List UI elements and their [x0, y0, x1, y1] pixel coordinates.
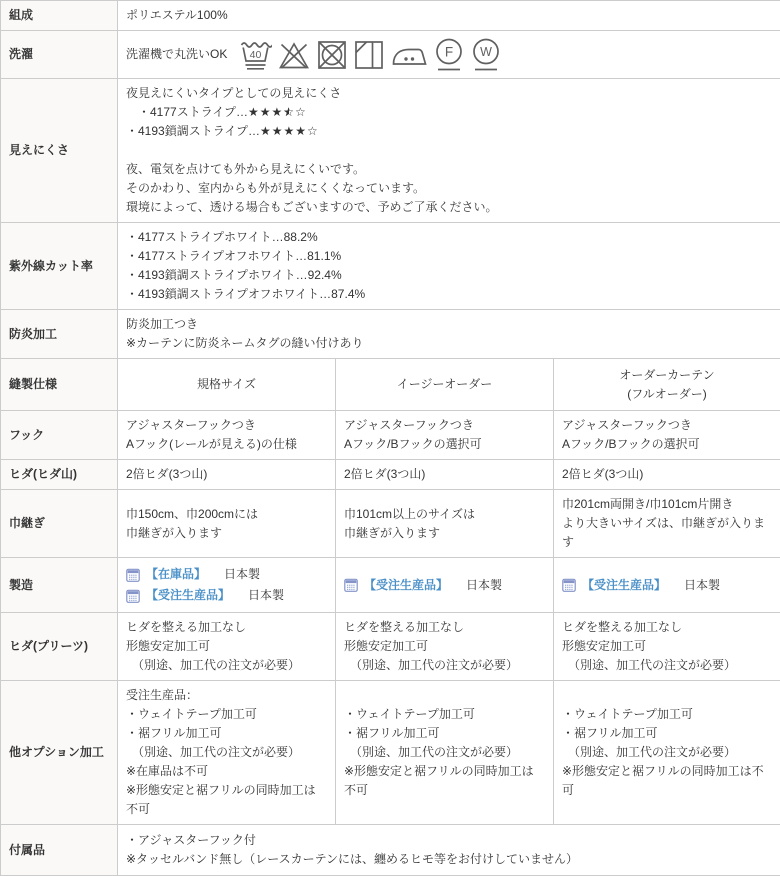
- row-label: 防炎加工: [1, 310, 118, 359]
- row-label: 洗濯: [1, 31, 118, 79]
- row-label: 見えにくさ: [1, 79, 118, 223]
- text-line: アジャスターフックつき: [562, 416, 772, 435]
- row-label: 製造: [1, 558, 118, 613]
- production-line: 【受注生産品】日本製: [344, 576, 545, 595]
- row-label: ヒダ(プリーツ): [1, 613, 118, 681]
- dry-clean-F-gentle-icon: F: [433, 37, 465, 73]
- spec-cell: アジャスターフックつきAフック/Bフックの選択可: [336, 411, 554, 460]
- text-line: Aフック/Bフックの選択可: [344, 435, 545, 454]
- visibility-intro: 夜見えにくいタイプとしての見えにくさ: [126, 84, 772, 103]
- column-header-cell: 規格サイズ: [118, 359, 336, 411]
- spec-cell: ・アジャスターフック付※タッセルバンド無し（レースカーテンには、纏めるヒモ等をお…: [118, 825, 780, 876]
- rating-line: ・4193鎖調ストライプ…★★★★☆: [126, 122, 772, 141]
- spec-cell: ・4177ストライプホワイト…88.2%・4177ストライプオフホワイト…81.…: [118, 223, 780, 310]
- rating-name: ・4177ストライプ…: [126, 105, 248, 119]
- text-line: 受注生産品：: [126, 686, 327, 705]
- table-row: 巾継ぎ巾150cm、巾200cmには巾継ぎが入ります巾101cm以上のサイズは巾…: [1, 490, 780, 558]
- text-line: 形態安定加工可: [344, 637, 545, 656]
- text-line: Aフック(レールが見える)の仕様: [126, 435, 327, 454]
- spec-cell: アジャスターフックつきAフック(レールが見える)の仕様: [118, 411, 336, 460]
- text-line: （別途、加工代の注文が必要）: [126, 656, 327, 675]
- text-line: 防炎加工つき: [126, 315, 772, 334]
- spec-cell: 夜見えにくいタイプとしての見えにくさ ・4177ストライプ…★★★☆★☆・419…: [118, 79, 780, 223]
- wash-instructions: 洗濯機で丸洗いOK40FW: [126, 37, 772, 73]
- spec-cell: 2倍ヒダ(3つ山): [336, 460, 554, 490]
- table-row: 縫製仕様規格サイズイージーオーダーオーダーカーテン(フルオーダー): [1, 359, 780, 411]
- spec-cell: 【受注生産品】日本製: [336, 558, 554, 613]
- svg-text:F: F: [445, 44, 453, 59]
- text-line: ※形態安定と裾フリルの同時加工は不可: [562, 762, 772, 800]
- origin-label: 日本製: [684, 576, 720, 595]
- text-line: ・4193鎖調ストライプホワイト…92.4%: [126, 266, 772, 285]
- note-line: そのかわり、室内からも外が見えにくくなっています。: [126, 179, 772, 198]
- do-not-bleach-icon: [277, 38, 311, 72]
- spec-cell: ・ウェイトテープ加工可・裾フリル加工可 （別途、加工代の注文が必要）※形態安定と…: [336, 681, 554, 825]
- text-line: 形態安定加工可: [562, 637, 772, 656]
- table-row: 製造【在庫品】日本製【受注生産品】日本製【受注生産品】日本製【受注生産品】日本製: [1, 558, 780, 613]
- text-line: イージーオーダー: [344, 375, 545, 394]
- text-line: ヒダを整える加工なし: [562, 618, 772, 637]
- row-label: 付属品: [1, 825, 118, 876]
- note-line: 環境によって、透ける場合もございますので、予めご了承ください。: [126, 198, 772, 217]
- text-line: 規格サイズ: [126, 375, 327, 394]
- svg-text:40: 40: [250, 49, 262, 61]
- column-header-cell: イージーオーダー: [336, 359, 554, 411]
- text-line: ポリエステル100%: [126, 6, 772, 25]
- text-line: より大きいサイズは、巾継ぎが入ります: [562, 514, 772, 552]
- spec-cell: 巾101cm以上のサイズは巾継ぎが入ります: [336, 490, 554, 558]
- spec-cell: 巾201cm両開き/巾101cm片開きより大きいサイズは、巾継ぎが入ります: [554, 490, 780, 558]
- rating-line: ・4177ストライプ…★★★☆★☆: [126, 103, 772, 122]
- table-row: 他オプション加工受注生産品：・ウェイトテープ加工可・裾フリル加工可 （別途、加工…: [1, 681, 780, 825]
- origin-label: 日本製: [466, 576, 502, 595]
- table-row: ヒダ(プリーツ)ヒダを整える加工なし形態安定加工可 （別途、加工代の注文が必要）…: [1, 613, 780, 681]
- text-line: 巾201cm両開き/巾101cm片開き: [562, 495, 772, 514]
- spec-cell: 防炎加工つき※カーテンに防炎ネームタグの縫い付けあり: [118, 310, 780, 359]
- row-label: 縫製仕様: [1, 359, 118, 411]
- text-line: ヒダを整える加工なし: [126, 618, 327, 637]
- table-row: 組成ポリエステル100%: [1, 1, 780, 31]
- wash-40-very-mild-icon: 40: [239, 38, 272, 72]
- text-line: 巾101cm以上のサイズは: [344, 505, 545, 524]
- text-line: ・4177ストライプオフホワイト…81.1%: [126, 247, 772, 266]
- do-not-tumble-dry-icon: [316, 38, 348, 72]
- spec-cell: ・ウェイトテープ加工可・裾フリル加工可 （別途、加工代の注文が必要）※形態安定と…: [554, 681, 780, 825]
- calendar-icon: [126, 589, 140, 603]
- rating-name: ・4193鎖調ストライプ…: [126, 124, 260, 138]
- text-line: ヒダを整える加工なし: [344, 618, 545, 637]
- text-line: ※在庫品は不可: [126, 762, 327, 781]
- calendar-icon: [344, 578, 358, 592]
- star-rating: ★★★☆★☆: [248, 105, 307, 119]
- calendar-icon: [562, 578, 576, 592]
- row-label: 巾継ぎ: [1, 490, 118, 558]
- text-line: 形態安定加工可: [126, 637, 327, 656]
- spec-cell: 【受注生産品】日本製: [554, 558, 780, 613]
- table-row: 防炎加工防炎加工つき※カーテンに防炎ネームタグの縫い付けあり: [1, 310, 780, 359]
- origin-label: 日本製: [248, 586, 284, 605]
- text-line: （別途、加工代の注文が必要）: [344, 743, 545, 762]
- table-row: 洗濯洗濯機で丸洗いOK40FW: [1, 31, 780, 79]
- row-label: 他オプション加工: [1, 681, 118, 825]
- table-row: 見えにくさ夜見えにくいタイプとしての見えにくさ ・4177ストライプ…★★★☆★…: [1, 79, 780, 223]
- text-line: （別途、加工代の注文が必要）: [562, 656, 772, 675]
- note-line: 夜、電気を点けても外から見えにくいです。: [126, 160, 772, 179]
- spec-cell: ヒダを整える加工なし形態安定加工可 （別途、加工代の注文が必要）: [336, 613, 554, 681]
- product-spec-table: 組成ポリエステル100%洗濯洗濯機で丸洗いOK40FW見えにくさ夜見えにくいタイ…: [0, 0, 780, 876]
- text-line: Aフック/Bフックの選択可: [562, 435, 772, 454]
- text-line: ・ウェイトテープ加工可: [126, 705, 327, 724]
- production-badge: 【受注生産品】: [582, 576, 666, 595]
- text-line: ※カーテンに防炎ネームタグの縫い付けあり: [126, 334, 772, 353]
- production-line: 【在庫品】日本製: [126, 565, 327, 584]
- spec-cell: 【在庫品】日本製【受注生産品】日本製: [118, 558, 336, 613]
- column-header-cell: オーダーカーテン(フルオーダー): [554, 359, 780, 411]
- production-line: 【受注生産品】日本製: [126, 586, 327, 605]
- production-line: 【受注生産品】日本製: [562, 576, 772, 595]
- production-badge: 【受注生産品】: [146, 586, 230, 605]
- text-line: オーダーカーテン: [562, 366, 772, 385]
- text-line: （別途、加工代の注文が必要）: [344, 656, 545, 675]
- text-line: ・裾フリル加工可: [344, 724, 545, 743]
- text-line: 巾継ぎが入ります: [126, 524, 327, 543]
- calendar-icon: [126, 568, 140, 582]
- text-line: 2倍ヒダ(3つ山): [344, 465, 545, 484]
- spec-cell: 2倍ヒダ(3つ山): [554, 460, 780, 490]
- production-badge: 【在庫品】: [146, 565, 206, 584]
- text-line: ・アジャスターフック付: [126, 831, 772, 850]
- wash-text: 洗濯機で丸洗いOK: [126, 45, 227, 64]
- row-label: 紫外線カット率: [1, 223, 118, 310]
- row-label: 組成: [1, 1, 118, 31]
- text-line: （別途、加工代の注文が必要）: [126, 743, 327, 762]
- text-line: ・4177ストライプホワイト…88.2%: [126, 228, 772, 247]
- text-line: アジャスターフックつき: [126, 416, 327, 435]
- origin-label: 日本製: [224, 565, 260, 584]
- table-row: 付属品・アジャスターフック付※タッセルバンド無し（レースカーテンには、纏めるヒモ…: [1, 825, 780, 876]
- text-line: 2倍ヒダ(3つ山): [562, 465, 772, 484]
- spec-cell: 洗濯機で丸洗いOK40FW: [118, 31, 780, 79]
- spec-cell: ヒダを整える加工なし形態安定加工可 （別途、加工代の注文が必要）: [118, 613, 336, 681]
- spec-cell: 巾150cm、巾200cmには巾継ぎが入ります: [118, 490, 336, 558]
- spacer: [126, 141, 772, 160]
- text-line: ※形態安定と裾フリルの同時加工は不可: [126, 781, 327, 819]
- text-line: （別途、加工代の注文が必要）: [562, 743, 772, 762]
- text-line: (フルオーダー): [562, 385, 772, 404]
- table-row: フックアジャスターフックつきAフック(レールが見える)の仕様アジャスターフックつ…: [1, 411, 780, 460]
- spec-cell: 受注生産品：・ウェイトテープ加工可・裾フリル加工可 （別途、加工代の注文が必要）…: [118, 681, 336, 825]
- text-line: 巾150cm、巾200cmには: [126, 505, 327, 524]
- table-row: 紫外線カット率・4177ストライプホワイト…88.2%・4177ストライプオフホ…: [1, 223, 780, 310]
- text-line: ※形態安定と裾フリルの同時加工は不可: [344, 762, 545, 800]
- spec-cell: ヒダを整える加工なし形態安定加工可 （別途、加工代の注文が必要）: [554, 613, 780, 681]
- text-line: ・4193鎖調ストライプオフホワイト…87.4%: [126, 285, 772, 304]
- text-line: ※タッセルバンド無し（レースカーテンには、纏めるヒモ等をお付けしていません）: [126, 850, 772, 869]
- text-line: ・ウェイトテープ加工可: [562, 705, 772, 724]
- svg-text:W: W: [480, 45, 492, 59]
- row-label: フック: [1, 411, 118, 460]
- star-rating: ★★★★☆: [260, 124, 319, 138]
- spec-cell: アジャスターフックつきAフック/Bフックの選択可: [554, 411, 780, 460]
- line-dry-in-shade-icon: [353, 38, 385, 72]
- row-label: ヒダ(ヒダ山): [1, 460, 118, 490]
- iron-medium-icon: [390, 38, 428, 72]
- text-line: アジャスターフックつき: [344, 416, 545, 435]
- text-line: ・ウェイトテープ加工可: [344, 705, 545, 724]
- spec-cell: ポリエステル100%: [118, 1, 780, 31]
- text-line: 2倍ヒダ(3つ山): [126, 465, 327, 484]
- text-line: ・裾フリル加工可: [126, 724, 327, 743]
- text-line: 巾継ぎが入ります: [344, 524, 545, 543]
- production-badge: 【受注生産品】: [364, 576, 448, 595]
- wet-clean-W-gentle-icon: W: [470, 37, 502, 73]
- spec-cell: 2倍ヒダ(3つ山): [118, 460, 336, 490]
- table-row: ヒダ(ヒダ山)2倍ヒダ(3つ山)2倍ヒダ(3つ山)2倍ヒダ(3つ山): [1, 460, 780, 490]
- text-line: ・裾フリル加工可: [562, 724, 772, 743]
